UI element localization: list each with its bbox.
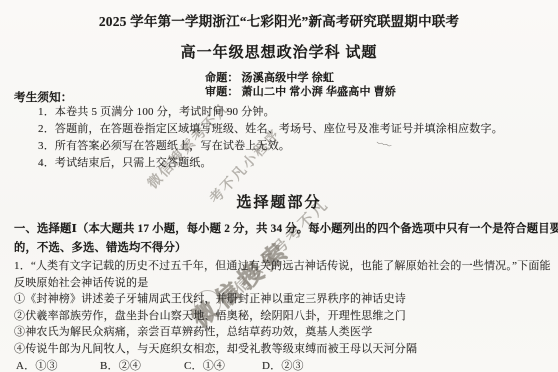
question-1-choice-3: ③神农氏为解民众病痛，亲尝百草辨药性，总结草药功效，奠基人类医学 bbox=[14, 323, 372, 339]
question-1-option-c: C．①④ bbox=[184, 357, 225, 372]
question-1-choice-1: ①《封神榜》讲述姜子牙辅周武王伐纣，并册封正神以重定三界秩序的神话史诗 bbox=[14, 290, 406, 306]
question-1-stem-line-2: 反映原始社会神话传说的是 bbox=[14, 274, 148, 290]
question-1-option-d: D．②③ bbox=[262, 357, 304, 372]
question-1-choice-4: ④传说牛郎为凡间牧人，与天庭织女相恋，却受礼教等级束缚而被王母以天河分隔 bbox=[14, 340, 417, 356]
notice-item-1: 1．本卷共 5 页满分 100 分，考试时间 90 分钟。 bbox=[38, 103, 275, 119]
notice-item-3: 3．所有答案必须写在答题纸上，写在试卷上无效。 bbox=[38, 137, 290, 153]
exam-subtitle: 高一年级思想政治学科 试题 bbox=[0, 41, 558, 62]
question-1-stem-line-1: 1．“人类有文字记载的历史不过五千年，但通过有关的远古神话传说，也能了解原始社会… bbox=[14, 257, 551, 273]
notice-item-2: 2．答题前，在答题卷指定区域填写班级、姓名、考场号、座位号及准考证号并填涂相应数… bbox=[38, 120, 503, 136]
section-intro-line-2: 的，不选、多选、错选均不得分） bbox=[14, 239, 186, 255]
question-1-choice-2: ②伏羲率部族劳作，盘坐卦台山察天地、悟奥秘，绘阴阳八卦，开理性思维之门 bbox=[14, 307, 406, 323]
reviewer-line: 审题： 萧山二中 常小湃 华盛高中 曹娇 bbox=[205, 83, 396, 99]
section-heading: 选择题部分 bbox=[0, 191, 558, 212]
question-1-option-b: B．②④ bbox=[100, 357, 141, 372]
exam-title: 2025 学年第一学期浙江“七彩阳光”新高考研究联盟期中联考 bbox=[0, 10, 558, 30]
section-intro-line-1: 一、选择题Ⅰ（本大题共 17 小题，每小题 2 分，共 34 分。每小题列出的四… bbox=[14, 220, 558, 236]
question-1-option-a: A．①③ bbox=[16, 357, 58, 372]
exam-paper-page: 微信搜索考不凡 考不凡小程序 微信公众号考不凡 微信搜索 ﹏ 2025 学年第一… bbox=[0, 0, 558, 372]
notice-item-4: 4．考试结束后，只需上交答题纸。 bbox=[38, 154, 212, 170]
